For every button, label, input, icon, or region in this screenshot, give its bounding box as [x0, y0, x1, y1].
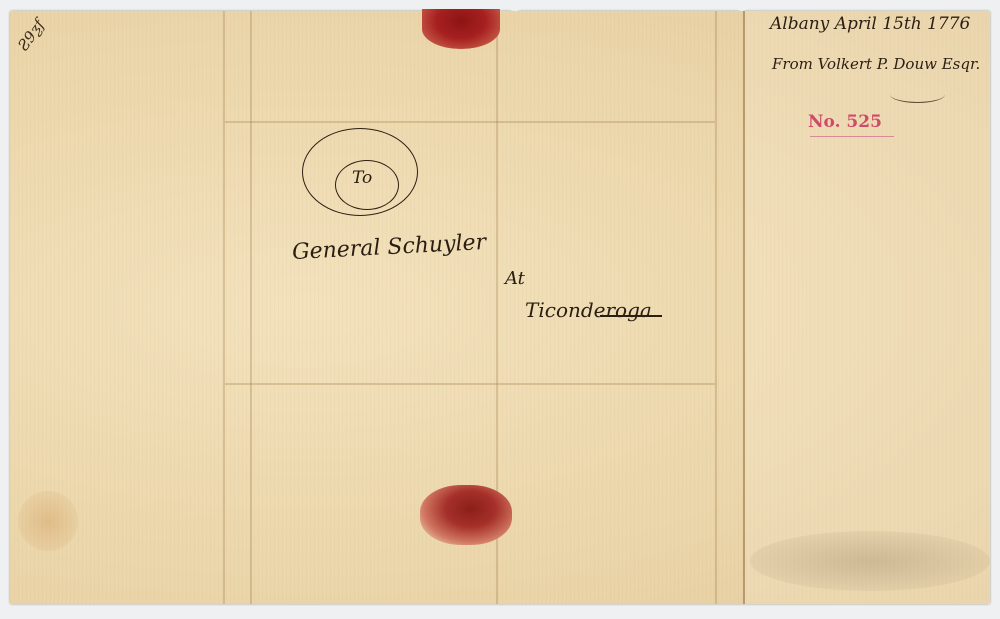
letter-cover: [10, 11, 990, 604]
address-salutation: To: [352, 168, 372, 188]
fold-line: [743, 11, 745, 604]
archive-number-underline: [810, 136, 894, 137]
stain: [750, 531, 990, 591]
place-underline: [600, 315, 662, 317]
docket-panel: [745, 11, 990, 604]
paper-tear: [735, 0, 749, 11]
fold-line: [715, 11, 717, 604]
wax-seal-top: [422, 9, 500, 49]
fold-line: [250, 11, 252, 604]
paper-tear: [506, 0, 524, 11]
docket-date: Albany April 15th 1776: [770, 14, 970, 34]
fold-line: [223, 11, 225, 604]
stain: [18, 491, 78, 551]
wax-seal-bottom: [420, 485, 512, 545]
archive-number: No. 525: [808, 112, 882, 132]
docket-flourish: [890, 86, 945, 103]
fold-line: [225, 383, 715, 385]
docket-sender: From Volkert P. Douw Esqr.: [772, 55, 980, 73]
address-preposition: At: [505, 268, 525, 289]
fold-line: [225, 121, 715, 123]
address-place: Ticonderoga: [525, 298, 652, 322]
